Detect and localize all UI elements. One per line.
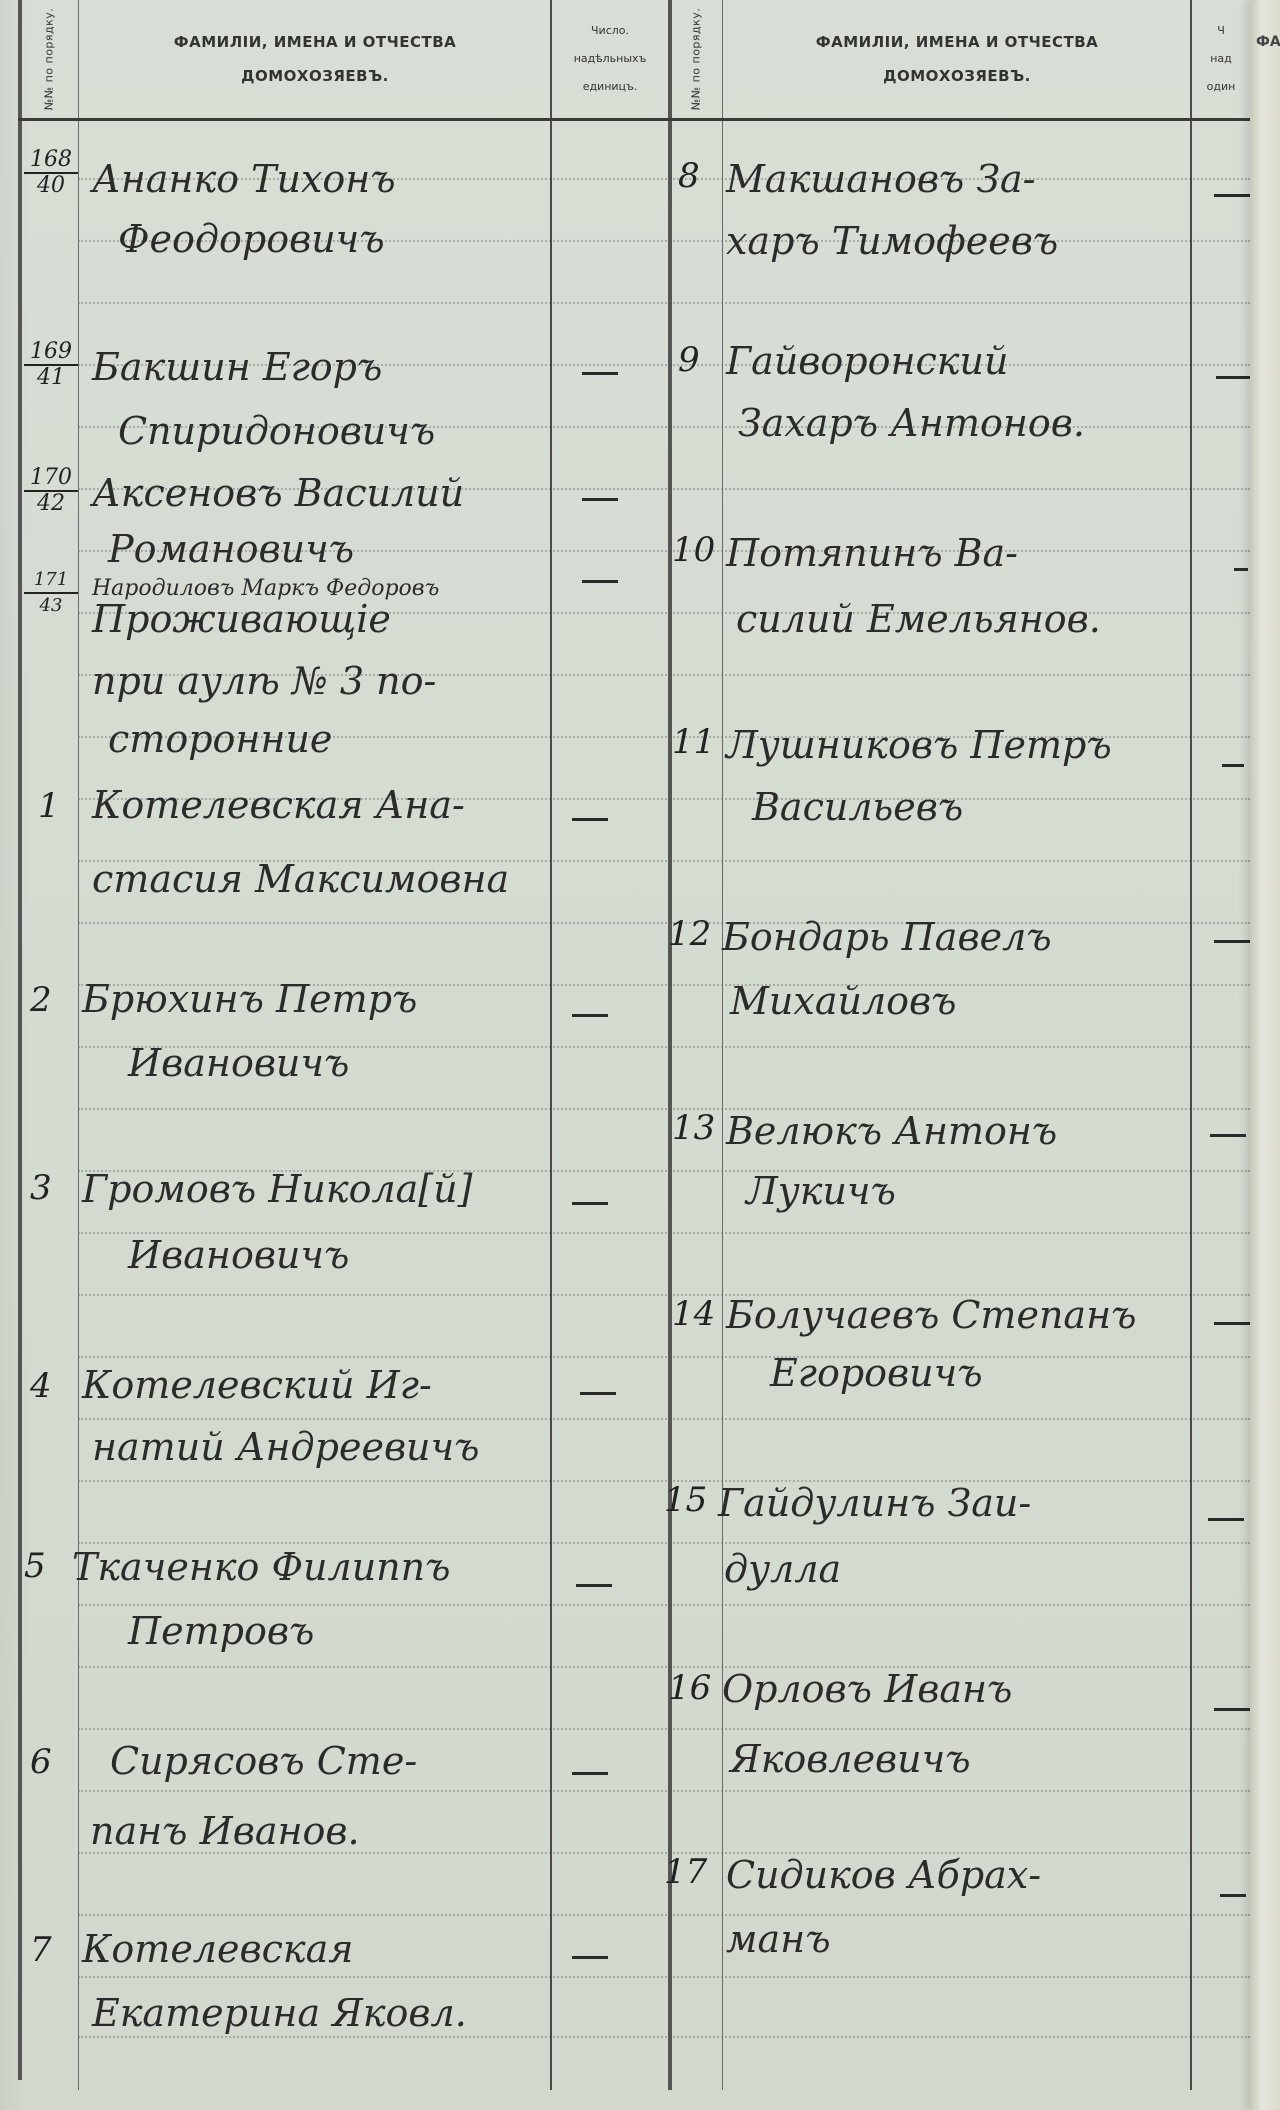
entry-name-line2: Яковлевичъ xyxy=(730,1736,971,1782)
entry-name-line2: стасия Максимовна xyxy=(92,856,509,902)
units-dash xyxy=(1216,376,1252,379)
entry-name-line1: Лушниковъ Петръ xyxy=(726,722,1112,768)
units-dash xyxy=(582,498,618,501)
units-dash xyxy=(572,1202,608,1205)
units-dash xyxy=(1214,940,1250,943)
units-dash xyxy=(572,1956,608,1959)
entry-number: 168 40 xyxy=(24,148,78,198)
entry-name-line2: дулла xyxy=(724,1546,841,1592)
entry-number: 11 xyxy=(672,722,715,762)
header-units-line1: Ч xyxy=(1217,17,1225,45)
units-dash xyxy=(1222,764,1244,767)
entry-number: 8 xyxy=(678,156,700,196)
entry-name-line1: Сидиков Абрах- xyxy=(726,1852,1041,1898)
entry-number: 9 xyxy=(678,340,700,380)
right-number-col-line xyxy=(722,0,723,2090)
entry-number: 5 xyxy=(24,1546,46,1586)
entry-number: 15 xyxy=(664,1480,707,1520)
entry-name-line1: Бакшин Егоръ xyxy=(92,344,382,390)
entry-number-top: 168 xyxy=(24,148,78,174)
units-dash xyxy=(582,580,618,583)
entry-name-line1: Ананко Тихонъ xyxy=(92,156,396,202)
entry-name-line1: Котелевская Ана- xyxy=(92,782,465,828)
entry-name-line1: Аксеновъ Василий xyxy=(92,470,464,516)
header-number-label: №№ по порядку. xyxy=(42,8,56,111)
header-name-line1: ФАМИЛIИ, ИМЕНА И ОТЧЕСТВА xyxy=(816,25,1099,59)
entry-number: 2 xyxy=(30,980,52,1020)
header-units-line2: надѣльныхъ xyxy=(574,45,647,73)
entry-name-line2: харъ Тимофеевъ xyxy=(726,218,1058,264)
entry-name-line2: манъ xyxy=(726,1916,831,1962)
entry-name-line1: Бондарь Павелъ xyxy=(722,914,1052,960)
entry-number: 170 42 xyxy=(24,466,78,516)
entry-name-line1: Орловъ Иванъ xyxy=(722,1666,1012,1712)
entry-number: 169 41 xyxy=(24,340,78,390)
header-name-line2: ДОМОХОЗЯЕВЪ. xyxy=(241,59,389,93)
right-units-col-line xyxy=(1190,0,1192,2090)
header-name-line1: ФАМИЛIИ, ИМЕНА И ОТЧЕСТВА xyxy=(174,25,457,59)
units-dash xyxy=(1214,1322,1250,1325)
header-units-line3: единицъ. xyxy=(583,73,638,101)
entry-name-line1: Котелевская xyxy=(82,1926,353,1972)
entry-number-bottom: 40 xyxy=(37,173,65,198)
entry-name-line2: Петровъ xyxy=(128,1608,314,1654)
entry-number-bottom: 43 xyxy=(40,595,63,616)
entry-number: 1 xyxy=(38,786,60,826)
entry-number: 7 xyxy=(30,1930,52,1970)
header-units-line1: Число. xyxy=(591,17,629,45)
section-note-line2: при аулѣ № 3 по- xyxy=(92,658,436,704)
units-dash xyxy=(582,372,618,375)
section-note-line3: сторонние xyxy=(108,716,332,762)
entry-number: 4 xyxy=(30,1366,52,1406)
entry-name-line1: Велюкъ Антонъ xyxy=(726,1108,1057,1154)
entry-name-line2: Егоровичъ xyxy=(770,1350,983,1396)
entry-number: 3 xyxy=(30,1168,52,1208)
units-dash xyxy=(1220,1894,1246,1897)
units-dash xyxy=(572,1014,608,1017)
entry-name-line1: Болучаевъ Степанъ xyxy=(726,1292,1136,1338)
entry-number: 12 xyxy=(668,914,711,954)
entry-number-bottom: 42 xyxy=(37,491,65,516)
entry-name-line1: Громовъ Никола[й] xyxy=(82,1166,472,1212)
units-dash xyxy=(1214,194,1250,197)
left-units-col-line xyxy=(550,0,552,2090)
entry-name-line2: Васильевъ xyxy=(752,784,963,830)
entry-number-top: 170 xyxy=(24,466,78,492)
entry-number-top: 169 xyxy=(24,340,78,366)
header-number-col-left: №№ по порядку. xyxy=(20,0,78,118)
entry-name-line2: Феодоровичъ xyxy=(118,216,385,262)
units-dash xyxy=(572,818,608,821)
entry-number: 14 xyxy=(672,1294,715,1334)
units-dash xyxy=(1210,1134,1246,1137)
units-dash xyxy=(576,1584,612,1587)
left-number-col-line xyxy=(78,0,79,2090)
entry-name-line1: Котелевский Иг- xyxy=(82,1362,432,1408)
center-divider-line xyxy=(668,0,672,2090)
entry-name-line2: Михайловъ xyxy=(730,978,956,1024)
header-units-line3: один xyxy=(1207,73,1236,101)
entry-number: 171 43 xyxy=(24,568,78,618)
entry-number: 17 xyxy=(664,1852,707,1892)
entry-number: 6 xyxy=(30,1742,52,1782)
units-dash xyxy=(1234,568,1248,571)
units-dash xyxy=(572,1772,608,1775)
units-dash xyxy=(1208,1518,1244,1521)
entry-number: 10 xyxy=(672,530,715,570)
entry-name-line1: Сирясовъ Сте- xyxy=(110,1738,417,1784)
entry-name-line2: Ивановичъ xyxy=(128,1232,349,1278)
entry-number: 16 xyxy=(668,1668,711,1708)
entry-name-line1: Брюхинъ Петръ xyxy=(82,976,417,1022)
header-name-col-left: ФАМИЛIИ, ИМЕНА И ОТЧЕСТВА ДОМОХОЗЯЕВЪ. xyxy=(80,0,550,118)
header-units-col-right: Ч над один xyxy=(1192,0,1250,118)
header-number-label: №№ по порядку. xyxy=(689,8,703,111)
entry-number: 13 xyxy=(672,1108,715,1148)
entry-name-line2: панъ Иванов. xyxy=(90,1808,360,1854)
entry-name-line1: Макшановъ За- xyxy=(726,156,1036,202)
left-border-line xyxy=(18,0,22,2080)
entry-name-line2: Захаръ Антонов. xyxy=(738,400,1085,446)
header-name-line2: ДОМОХОЗЯЕВЪ. xyxy=(883,59,1031,93)
units-dash xyxy=(1214,1708,1250,1711)
entry-number-bottom: 41 xyxy=(37,365,65,390)
units-dash xyxy=(580,1392,616,1395)
entry-name-line2: Екатерина Яковл. xyxy=(92,1990,467,2036)
section-note-line1: Проживающiе xyxy=(92,596,391,642)
entry-name-line2: силий Емельянов. xyxy=(736,596,1101,642)
entry-name-line2: Ивановичъ xyxy=(128,1040,349,1086)
entry-name-line1: Потяпинъ Ва- xyxy=(726,530,1018,576)
entry-name-line2: Спиридоновичъ xyxy=(118,408,435,454)
entry-name-line2: натий Андреевичъ xyxy=(92,1424,480,1470)
entry-name-line1: Гайдулинъ Заи- xyxy=(718,1480,1031,1526)
entry-name-line2: Лукичъ xyxy=(746,1168,896,1214)
header-name-col-right: ФАМИЛIИ, ИМЕНА И ОТЧЕСТВА ДОМОХОЗЯЕВЪ. xyxy=(724,0,1190,118)
adjacent-page-header-fragment: ФА xyxy=(1256,34,1280,50)
header-number-col-right: №№ по порядку. xyxy=(670,0,722,118)
header-rule xyxy=(18,118,1250,121)
curled-adjacent-page xyxy=(1250,0,1280,2110)
entry-name-line1: Гайворонский xyxy=(726,338,1008,384)
header-units-col-left: Число. надѣльныхъ единицъ. xyxy=(552,0,668,118)
entry-name-line1: Ткаченко Филиппъ xyxy=(72,1544,450,1590)
entry-number-top: 171 xyxy=(24,568,78,594)
header-units-line2: над xyxy=(1210,45,1232,73)
register-page: №№ по порядку. ФАМИЛIИ, ИМЕНА И ОТЧЕСТВА… xyxy=(0,0,1280,2110)
